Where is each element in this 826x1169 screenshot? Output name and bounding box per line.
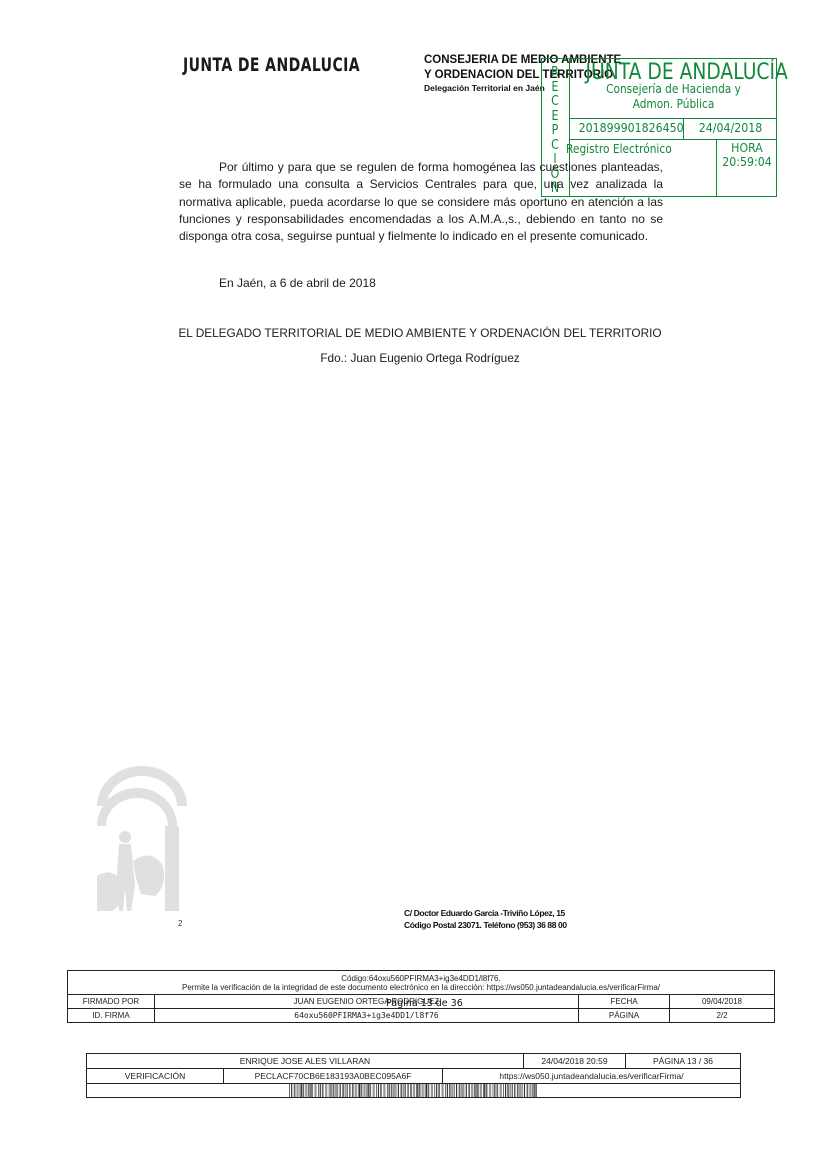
junta-logo-text: JUNTA DE ANDALUCIA — [183, 54, 360, 76]
stamp-divider — [716, 139, 717, 197]
body-paragraph: Por último y para que se regulen de form… — [179, 159, 663, 245]
stamp-date: 24/04/2018 — [690, 120, 772, 135]
barcode-icon — [289, 1084, 537, 1097]
fecha-value: 09/04/2018 — [669, 995, 774, 1008]
verification-table: ENRIQUE JOSE ALES VILLARAN 24/04/2018 20… — [86, 1053, 741, 1098]
stamp-vertical-letter: C — [548, 139, 562, 154]
overlapping-page-counter: Página 13 de 36 — [386, 998, 463, 1009]
stamp-hora-value: 20:59:04 — [721, 155, 774, 169]
stamp-vertical-letter: P — [548, 124, 562, 139]
signer-title: EL DELEGADO TERRITORIAL DE MEDIO AMBIENT… — [170, 326, 670, 340]
stamp-subtitle: Consejería de Hacienda y Admon. Pública — [582, 82, 764, 112]
stamp-subtitle-line-2: Admon. Pública — [582, 97, 764, 112]
signature-code-row: Código:64oxu560PFIRMA3+ig3e4DD1/l8f76. P… — [68, 971, 774, 994]
fecha-label: FECHA — [578, 995, 669, 1008]
id-firma-value: 64oxu560PFIRMA3+ig3e4DD1/l8f76 — [154, 1009, 578, 1022]
stamp-divider — [569, 118, 777, 119]
signature-row-id: ID. FIRMA 64oxu560PFIRMA3+ig3e4DD1/l8f76… — [68, 1008, 774, 1022]
stamp-registro-number: 201899901826450 — [579, 120, 676, 135]
verification-datetime: 24/04/2018 20:59 — [523, 1054, 625, 1068]
page-number: 2 — [178, 919, 182, 928]
signature-verify-notice: Permite la verificación de la integridad… — [182, 983, 660, 992]
stamp-hora-label: HORA — [721, 141, 774, 155]
verification-url[interactable]: https://ws050.juntadeandalucia.es/verifi… — [442, 1069, 740, 1083]
address-line-2: Código Postal 23071. Teléfono (953) 36 8… — [404, 919, 567, 931]
pagina-value: 2/2 — [669, 1009, 774, 1022]
stamp-registro-label: Registro Electrónico — [566, 141, 694, 156]
stamp-vertical-letter: E — [548, 81, 562, 96]
signer-name: Fdo.: Juan Eugenio Ortega Rodríguez — [170, 351, 670, 365]
verification-row-barcode — [87, 1083, 740, 1097]
verificacion-label: VERIFICACIÓN — [87, 1069, 223, 1083]
verification-signer: ENRIQUE JOSE ALES VILLARAN — [87, 1054, 523, 1068]
verification-row-code: VERIFICACIÓN PECLACF70CB6E183193A0BEC095… — [87, 1068, 740, 1083]
id-firma-label: ID. FIRMA — [68, 1009, 154, 1022]
place-date: En Jaén, a 6 de abril de 2018 — [219, 276, 376, 290]
firmado-por-label: FIRMADO POR — [68, 995, 154, 1008]
signature-table: Código:64oxu560PFIRMA3+ig3e4DD1/l8f76. P… — [67, 970, 775, 1023]
stamp-vertical-letter: C — [548, 95, 562, 110]
verification-page: PÁGINA 13 / 36 — [625, 1054, 740, 1068]
stamp-hora: HORA 20:59:04 — [721, 141, 774, 169]
verification-row-signer: ENRIQUE JOSE ALES VILLARAN 24/04/2018 20… — [87, 1054, 740, 1068]
pagina-label: PÁGINA — [578, 1009, 669, 1022]
body-paragraph-text: Por último y para que se regulen de form… — [179, 159, 663, 245]
delegacion-label: Delegación Territorial en Jaén — [424, 83, 545, 93]
signature-code: Código:64oxu560PFIRMA3+ig3e4DD1/l8f76. — [341, 974, 500, 983]
office-address: C/ Doctor Eduardo García -Triviño López,… — [404, 907, 567, 931]
firmado-por-value: JUAN EUGENIO ORTEGA RODRIGUEZ — [154, 995, 578, 1008]
junta-andalucia-emblem-icon — [97, 766, 187, 916]
verificacion-code: PECLACF70CB6E183193A0BEC095A6F — [223, 1069, 442, 1083]
stamp-vertical-letter: R — [548, 66, 562, 81]
stamp-subtitle-line-1: Consejería de Hacienda y — [582, 82, 764, 97]
address-line-1: C/ Doctor Eduardo García -Triviño López,… — [404, 907, 567, 919]
stamp-vertical-letter: E — [548, 110, 562, 125]
